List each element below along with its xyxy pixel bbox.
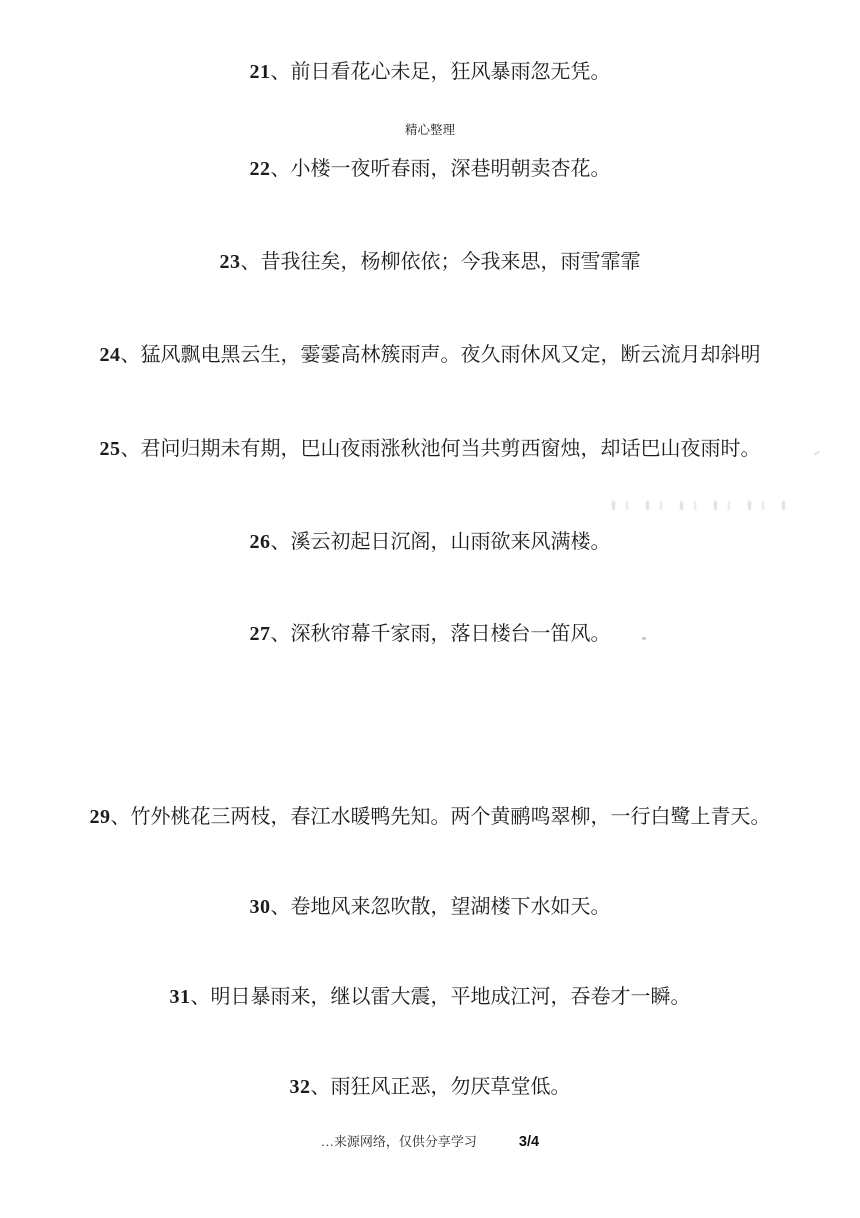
line-text: 、前日看花心未足，狂风暴雨忽无凭。	[271, 61, 611, 83]
poem-line-23: 23、昔我往矣，杨柳依依；今我来思，雨雪霏霏	[0, 248, 860, 276]
line-text: 、猛风飘电黑云生，霎霎高林簇雨声。夜久雨休风又定，断云流月却斜明	[121, 344, 761, 366]
page-footer: …来源网络，仅供分享学习 3/4	[0, 1132, 860, 1152]
line-number: 30	[250, 896, 271, 918]
line-number: 32	[290, 1076, 311, 1098]
poem-line-31: 31、明日暴雨来，继以雷大震，平地成江河，吞卷才一瞬。	[0, 983, 860, 1011]
line-number: 29	[90, 806, 111, 828]
line-text: 、卷地风来忽吹散，望湖楼下水如天。	[271, 896, 611, 918]
line-number: 22	[250, 158, 271, 180]
line-number: 25	[100, 438, 121, 460]
watermark-text: 精心整理	[0, 121, 860, 139]
line-number: 21	[250, 61, 271, 83]
document-page: 21、前日看花心未足，狂风暴雨忽无凭。 精心整理 22、小楼一夜听春雨，深巷明朝…	[0, 0, 860, 1218]
poem-line-25: 25、君问归期未有期，巴山夜雨涨秋池何当共剪西窗烛，却话巴山夜雨时。	[0, 435, 860, 463]
line-number: 31	[170, 986, 191, 1008]
poem-line-24: 24、猛风飘电黑云生，霎霎高林簇雨声。夜久雨休风又定，断云流月却斜明	[0, 341, 860, 369]
poem-line-22: 22、小楼一夜听春雨，深巷明朝卖杏花。	[0, 155, 860, 183]
line-text: 、明日暴雨来，继以雷大震，平地成江河，吞卷才一瞬。	[191, 986, 691, 1008]
line-number: 23	[220, 251, 241, 273]
poem-line-29: 29、竹外桃花三两枝，春江水暖鸭先知。两个黄鹂鸣翠柳，一行白鹭上青天。	[0, 803, 860, 831]
line-text: 、小楼一夜听春雨，深巷明朝卖杏花。	[271, 158, 611, 180]
page-number: 3/4	[519, 1132, 539, 1152]
line-number: 26	[250, 531, 271, 553]
poem-line-32: 32、雨狂风正恶，勿厌草堂低。	[0, 1073, 860, 1101]
footer-attribution: …来源网络，仅供分享学习	[321, 1132, 477, 1152]
line-text: 、溪云初起日沉阁，山雨欲来风满楼。	[271, 531, 611, 553]
line-number: 24	[100, 344, 121, 366]
poem-line-21: 21、前日看花心未足，狂风暴雨忽无凭。	[0, 58, 860, 86]
poem-line-26: 26、溪云初起日沉阁，山雨欲来风满楼。	[0, 528, 860, 556]
line-text: 、竹外桃花三两枝，春江水暖鸭先知。两个黄鹂鸣翠柳，一行白鹭上青天。	[111, 806, 771, 828]
poem-line-30: 30、卷地风来忽吹散，望湖楼下水如天。	[0, 893, 860, 921]
scan-smudge	[612, 501, 792, 510]
line-text: 、雨狂风正恶，勿厌草堂低。	[311, 1076, 571, 1098]
line-text: 、深秋帘幕千家雨，落日楼台一笛风。	[271, 623, 611, 645]
poem-line-27: 27、深秋帘幕千家雨，落日楼台一笛风。	[0, 620, 860, 648]
line-text: 、昔我往矣，杨柳依依；今我来思，雨雪霏霏	[241, 251, 641, 273]
line-number: 27	[250, 623, 271, 645]
line-text: 、君问归期未有期，巴山夜雨涨秋池何当共剪西窗烛，却话巴山夜雨时。	[121, 438, 761, 460]
